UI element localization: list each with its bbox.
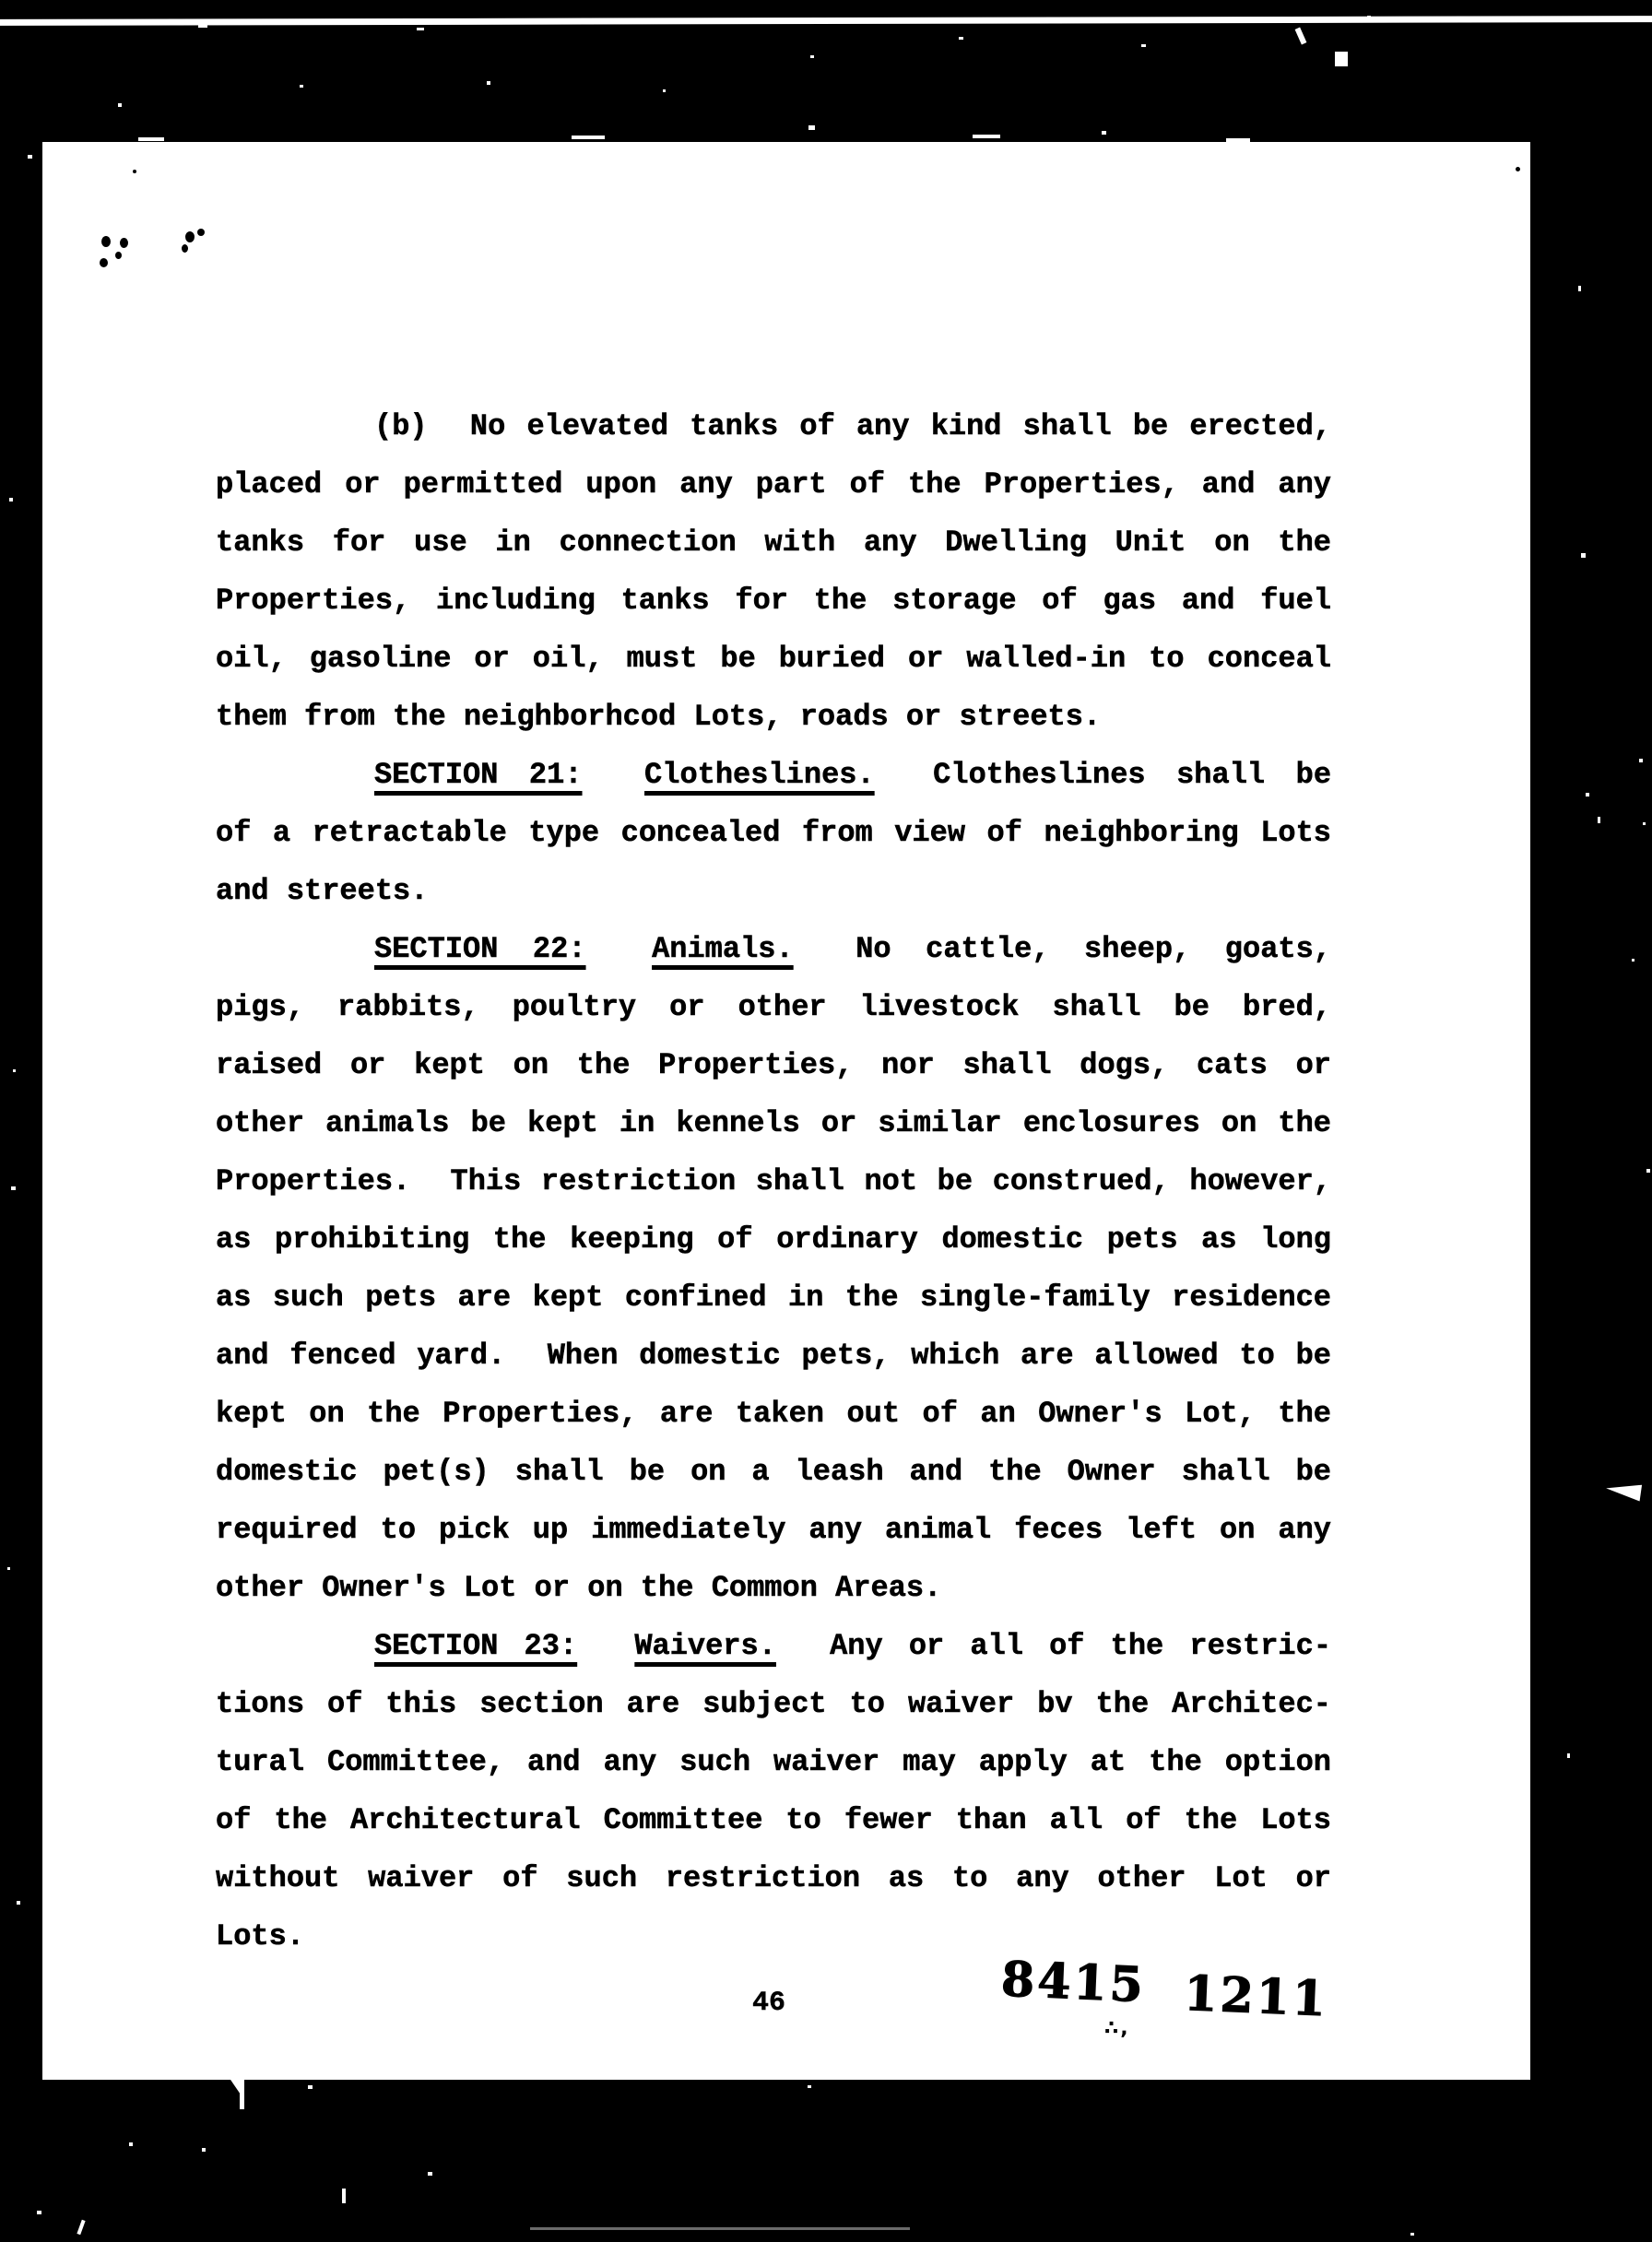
scan-speck: [1141, 44, 1146, 47]
scan-speck: [7, 1567, 10, 1570]
scan-speck: [808, 2085, 811, 2088]
scan-speck: [202, 2148, 206, 2152]
scan-speck: [308, 2085, 313, 2089]
text-line: Lots.: [216, 1907, 1331, 1965]
scan-speck: [1367, 16, 1371, 18]
ink-mark: ∴,: [1104, 2017, 1130, 2040]
text-line: Properties, including tanks for the stor…: [216, 572, 1331, 630]
text-line: kept on the Properties, are taken out of…: [216, 1385, 1331, 1443]
scan-speck: [1598, 817, 1600, 823]
text-line: of a retractable type concealed from vie…: [216, 804, 1331, 862]
section-22-title: Animals.: [652, 932, 794, 966]
text-line: as such pets are kept confined in the si…: [216, 1268, 1331, 1327]
text-line: them from the neighborhcod Lots, roads o…: [216, 688, 1331, 746]
scan-speck: [428, 2172, 432, 2176]
text-line: domestic pet(s) shall be on a leash and …: [216, 1443, 1331, 1501]
document-text: (b) No elevated tanks of any kind shall …: [216, 397, 1331, 1965]
section-heading: SECTION 21: Clotheslines. Clotheslines s…: [216, 746, 1331, 804]
scan-speck: [663, 89, 666, 92]
scan-speck: [1410, 2233, 1414, 2236]
text-line: other Owner's Lot or on the Common Areas…: [216, 1559, 1331, 1617]
scan-speck: [342, 2189, 346, 2203]
section-23-label: SECTION 23:: [374, 1629, 577, 1663]
text-line: oil, gasoline or oil, must be buried or …: [216, 630, 1331, 688]
scan-speck: [28, 155, 32, 159]
paragraph-b: (b) No elevated tanks of any kind shall …: [216, 397, 1331, 746]
ink-dot: [1516, 167, 1520, 171]
text-line: raised or kept on the Properties, nor sh…: [216, 1036, 1331, 1094]
scan-speck: [198, 25, 207, 28]
scan-speck: [1632, 959, 1634, 962]
text-line: of the Architectural Committee to fewer …: [216, 1791, 1331, 1849]
ink-dot: [120, 238, 128, 248]
scan-speck: [129, 2142, 133, 2146]
ink-dot: [115, 252, 122, 259]
text-line: tanks for use in connection with any Dwe…: [216, 513, 1331, 572]
scan-speck: [138, 137, 164, 141]
section-21-label: SECTION 21:: [374, 758, 583, 792]
scan-speck: [1639, 759, 1643, 762]
scan-speck: [1581, 553, 1586, 558]
text-line: without waiver of such restriction as to…: [216, 1849, 1331, 1907]
section-21-lead-text: Clotheslines shall be: [933, 758, 1331, 792]
scan-speck: [9, 498, 13, 501]
scan-speck: [37, 2211, 41, 2214]
scan-speck: [1578, 286, 1581, 291]
text-line: and fenced yard. When domestic pets, whi…: [216, 1327, 1331, 1385]
scan-speck: [11, 1186, 16, 1190]
scan-speck: [118, 103, 122, 107]
section-22: SECTION 22: Animals. No cattle, sheep, g…: [216, 920, 1331, 1617]
document-page: (b) No elevated tanks of any kind shall …: [42, 142, 1530, 2080]
scan-speck: [487, 81, 490, 85]
text-line: Properties. This restriction shall not b…: [216, 1152, 1331, 1210]
scan-speck: [1295, 28, 1307, 45]
page-number: 46: [752, 1988, 785, 2019]
scan-speck: [1335, 52, 1348, 66]
section-heading: SECTION 23: Waivers. Any or all of the r…: [216, 1617, 1331, 1675]
scan-speck: [1643, 822, 1646, 825]
ink-dot: [133, 170, 136, 173]
scan-speck: [1102, 131, 1106, 135]
scan-speck: [1646, 1169, 1650, 1173]
section-heading: SECTION 22: Animals. No cattle, sheep, g…: [216, 920, 1331, 978]
scan-edge-line: [0, 16, 1652, 26]
section-23: SECTION 23: Waivers. Any or all of the r…: [216, 1617, 1331, 1965]
section-23-lead-text: Any or all of the restric-: [830, 1629, 1331, 1663]
scan-speck: [973, 135, 1000, 138]
ink-dot: [197, 229, 205, 236]
scan-artifact-flag: [227, 2074, 247, 2111]
text-line: placed or permitted upon any part of the…: [216, 455, 1331, 513]
scan-speck: [959, 37, 963, 40]
text-line: as prohibiting the keeping of ordinary d…: [216, 1210, 1331, 1268]
section-21-title: Clotheslines.: [644, 758, 875, 792]
scan-speck: [13, 1069, 16, 1072]
scan-background: { "colors": { "paper": "#ffffff", "ink":…: [0, 0, 1652, 2242]
ink-dot: [182, 244, 188, 253]
section-22-lead-text: No cattle, sheep, goats,: [855, 932, 1331, 966]
text-line: (b) No elevated tanks of any kind shall …: [216, 397, 1331, 455]
text-line: tural Committee, and any such waiver may…: [216, 1733, 1331, 1791]
scan-speck: [17, 1901, 20, 1905]
scan-speck: [572, 136, 605, 139]
stamp-page-number: 1211: [1183, 1965, 1329, 2028]
scan-speck: [810, 55, 814, 58]
text-line: pigs, rabbits, poultry or other livestoc…: [216, 978, 1331, 1036]
scan-speck: [300, 85, 303, 88]
stamp-book-number: 8415: [1000, 1952, 1147, 2014]
section-21: SECTION 21: Clotheslines. Clotheslines s…: [216, 746, 1331, 920]
text-line: and streets.: [216, 862, 1331, 920]
ink-dot: [185, 231, 195, 242]
scan-faint-line: [530, 2227, 910, 2230]
text-line: other animals be kept in kennels or simi…: [216, 1094, 1331, 1152]
scan-speck: [1567, 1753, 1570, 1758]
section-22-label: SECTION 22:: [374, 932, 586, 966]
text-line: tions of this section are subject to wai…: [216, 1675, 1331, 1733]
scan-speck: [808, 125, 815, 130]
scan-speck: [77, 2220, 85, 2235]
ink-dot: [101, 236, 111, 247]
scan-speck: [417, 28, 424, 30]
scan-speck: [1586, 793, 1589, 796]
ink-dot: [100, 258, 108, 267]
text-line: required to pick up immediately any anim…: [216, 1501, 1331, 1559]
cursor-arrow-mark: [1605, 1480, 1642, 1501]
section-23-title: Waivers.: [634, 1629, 776, 1663]
